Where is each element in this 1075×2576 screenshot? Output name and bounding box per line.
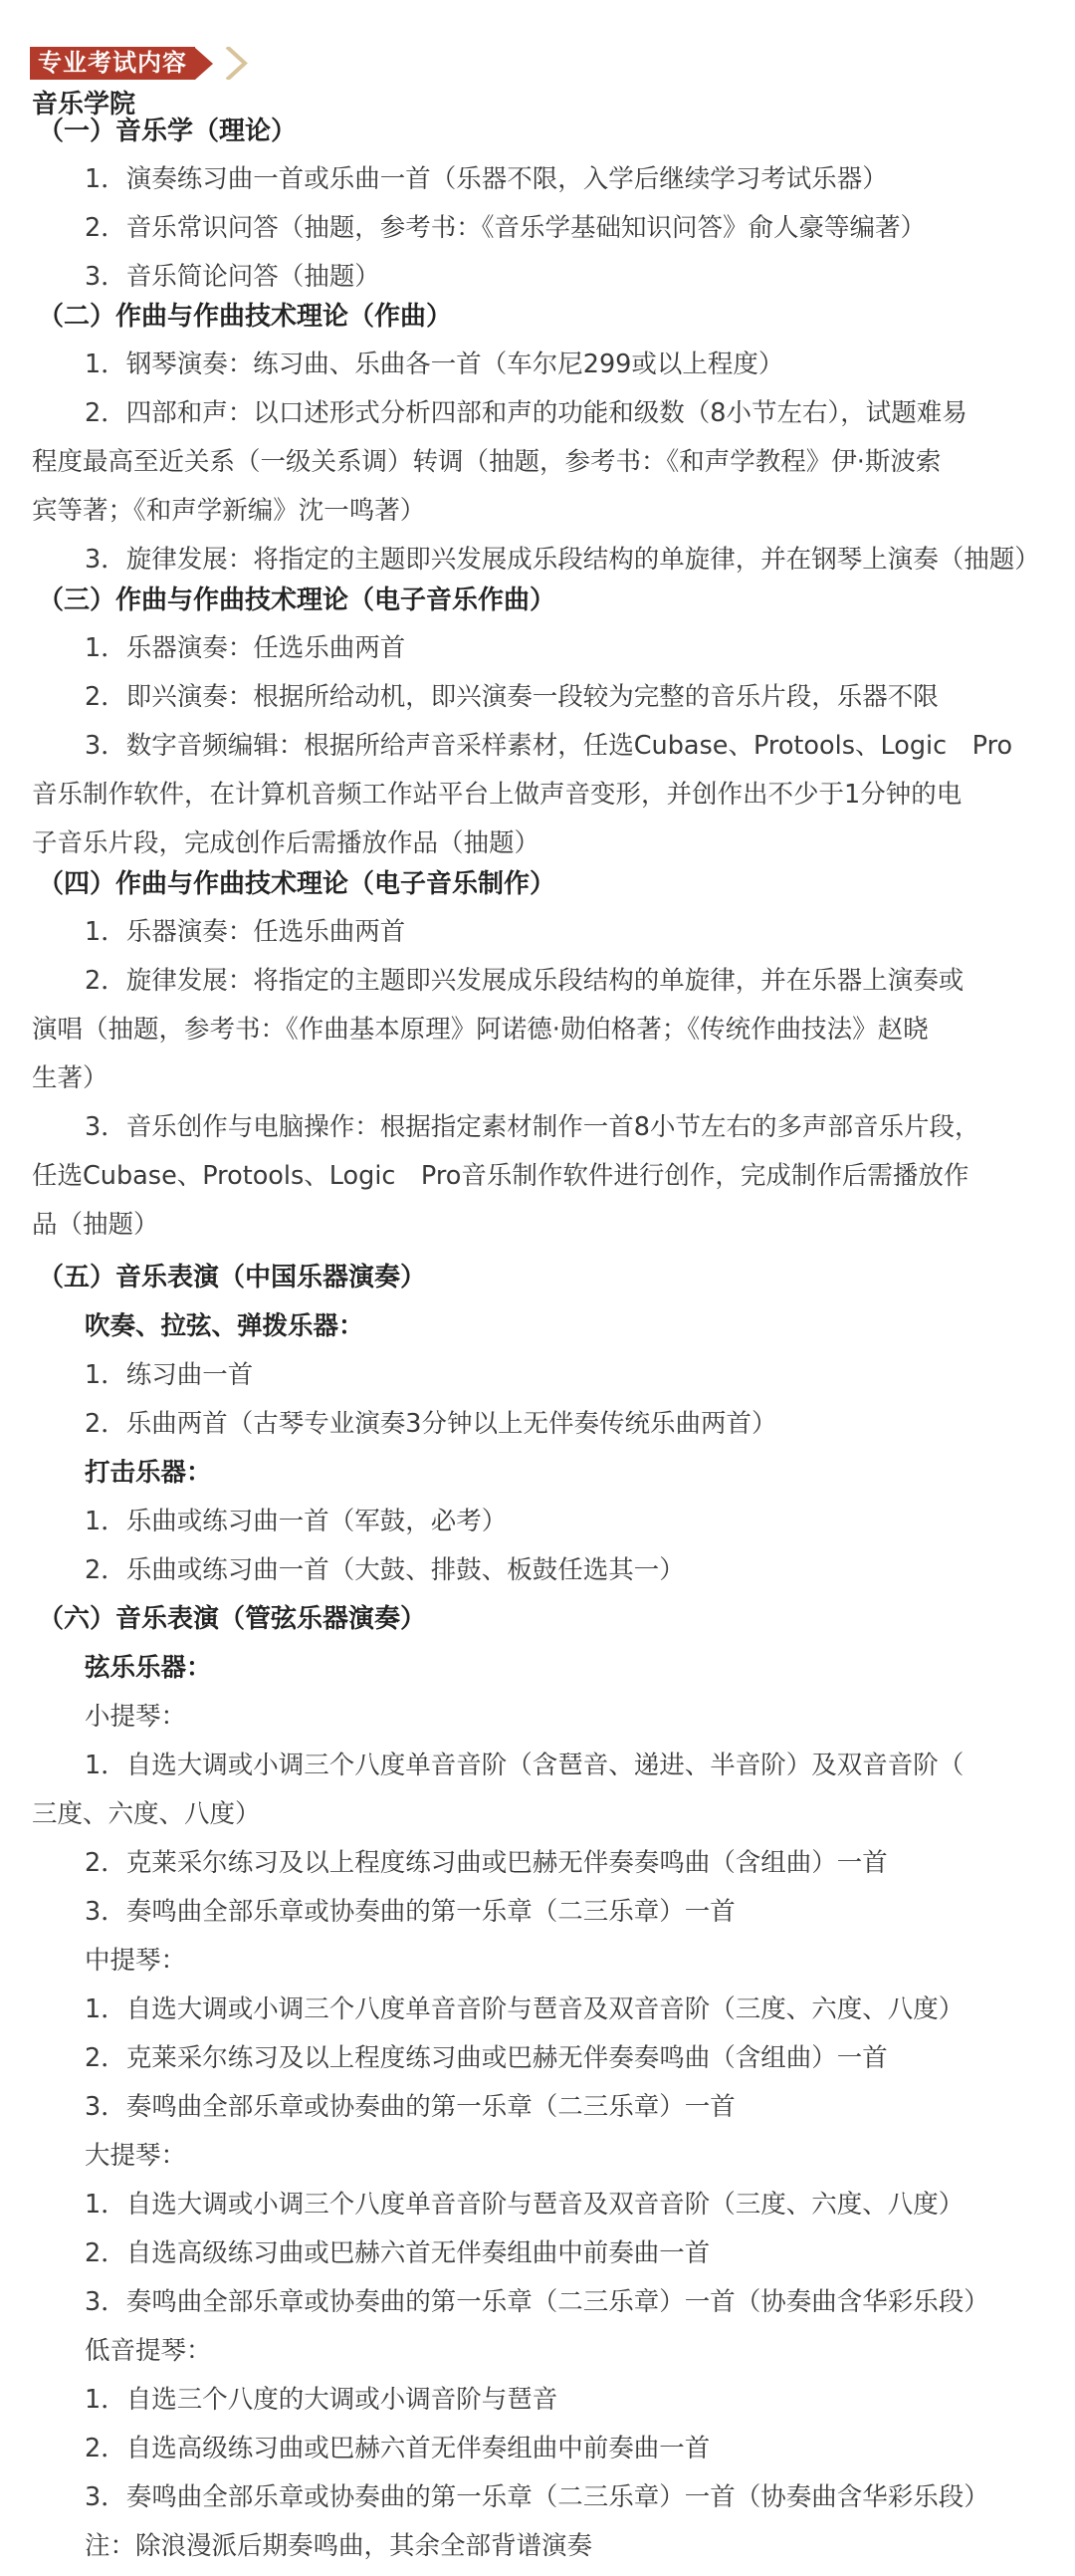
paragraph-line: 2．乐曲或练习曲一首（大鼓、排鼓、板鼓任选其一）	[85, 1553, 1075, 1587]
section-badge-label: 专业考试内容	[30, 47, 195, 80]
paragraph-line: 宾等著；《和声学新编》沈一鸣著）	[32, 494, 1075, 528]
subsection-heading: 弦乐乐器：	[85, 1651, 1075, 1685]
paragraph-line: 1．练习曲一首	[85, 1358, 1075, 1392]
paragraph-line: 2．自选高级练习曲或巴赫六首无伴奏组曲中前奏曲一首	[85, 2432, 1075, 2465]
paragraph-line: 子音乐片段，完成创作后需播放作品（抽题）	[32, 826, 1075, 860]
paragraph-line: 3．音乐创作与电脑操作：根据指定素材制作一首8小节左右的多声部音乐片段，	[85, 1110, 1075, 1144]
paragraph-line: 小提琴：	[85, 1700, 1075, 1734]
paragraph-line: 1．乐器演奏：任选乐曲两首	[85, 631, 1075, 665]
paragraph-line: 品（抽题）	[32, 1208, 1075, 1242]
paragraph-line: 生著）	[32, 1061, 1075, 1095]
paragraph-line: 3．奏鸣曲全部乐章或协奏曲的第一乐章（二三乐章）一首（协奏曲含华彩乐段）	[85, 2285, 1075, 2319]
paragraph-line: 2．乐曲两首（古琴专业演奏3分钟以上无伴奏传统乐曲两首）	[85, 1407, 1075, 1441]
paragraph-line: 1．乐曲或练习曲一首（军鼓，必考）	[85, 1505, 1075, 1538]
paragraph-line: 2．自选高级练习曲或巴赫六首无伴奏组曲中前奏曲一首	[85, 2236, 1075, 2270]
paragraph-line: 2．克莱采尔练习及以上程度练习曲或巴赫无伴奏奏鸣曲（含组曲）一首	[85, 1846, 1075, 1880]
paragraph-line: 三度、六度、八度）	[32, 1797, 1075, 1831]
paragraph-line: 1．钢琴演奏：练习曲、乐曲各一首（车尔尼299或以上程度）	[85, 348, 1075, 381]
section-heading: （五）音乐表演（中国乐器演奏）	[38, 1261, 1075, 1294]
paragraph-line: 1．自选大调或小调三个八度单音音阶（含琶音、递进、半音阶）及双音音阶（	[85, 1749, 1075, 1782]
paragraph-line: 1．乐器演奏：任选乐曲两首	[85, 915, 1075, 949]
subsection-heading: 打击乐器：	[85, 1456, 1075, 1490]
paragraph-line: 2．克莱采尔练习及以上程度练习曲或巴赫无伴奏奏鸣曲（含组曲）一首	[85, 2041, 1075, 2075]
paragraph-line: 3．旋律发展：将指定的主题即兴发展成乐段结构的单旋律，并在钢琴上演奏（抽题）	[85, 543, 1075, 577]
paragraph-line: 低音提琴：	[85, 2334, 1075, 2368]
paragraph-line: 任选Cubase、Protools、Logic Pro音乐制作软件进行创作，完成…	[32, 1159, 1075, 1193]
badge-arrow-icon	[195, 48, 213, 80]
paragraph-line: 2．旋律发展：将指定的主题即兴发展成乐段结构的单旋律，并在乐器上演奏或	[85, 964, 1075, 998]
subsection-heading: 吹奏、拉弦、弹拨乐器：	[85, 1309, 1075, 1343]
paragraph-line: 1．自选三个八度的大调或小调音阶与琶音	[85, 2383, 1075, 2417]
paragraph-line: 3．奏鸣曲全部乐章或协奏曲的第一乐章（二三乐章）一首	[85, 1895, 1075, 1929]
section-heading: （三）作曲与作曲技术理论（电子音乐作曲）	[38, 584, 1075, 617]
paragraph-line: 1．演奏练习曲一首或乐曲一首（乐器不限，入学后继续学习考试乐器）	[85, 162, 1075, 196]
section-heading: （四）作曲与作曲技术理论（电子音乐制作）	[38, 867, 1075, 901]
section-badge: 专业考试内容	[30, 47, 213, 80]
paragraph-line: 3．奏鸣曲全部乐章或协奏曲的第一乐章（二三乐章）一首（协奏曲含华彩乐段）	[85, 2480, 1075, 2514]
paragraph-line: 1．自选大调或小调三个八度单音音阶与琶音及双音音阶（三度、六度、八度）	[85, 2188, 1075, 2222]
paragraph-line: 注：除浪漫派后期奏鸣曲，其余全部背谱演奏	[85, 2529, 1075, 2563]
chevron-right-icon	[223, 47, 249, 80]
section-heading: （二）作曲与作曲技术理论（作曲）	[38, 300, 1075, 334]
paragraph-line: 程度最高至近关系（一级关系调）转调（抽题，参考书：《和声学教程》伊·斯波索	[32, 445, 1075, 479]
paragraph-line: 演唱（抽题，参考书：《作曲基本原理》阿诺德·勋伯格著；《传统作曲技法》赵晓	[32, 1013, 1075, 1047]
paragraph-line: 1．自选大调或小调三个八度单音音阶与琶音及双音音阶（三度、六度、八度）	[85, 1992, 1075, 2026]
paragraph-line: 3．音乐简论问答（抽题）	[85, 260, 1075, 294]
paragraph-line: 2．四部和声：以口述形式分析四部和声的功能和级数（8小节左右），试题难易	[85, 396, 1075, 430]
paragraph-line: 大提琴：	[85, 2139, 1075, 2173]
paragraph-line: 3．数字音频编辑：根据所给声音采样素材，任选Cubase、Protools、Lo…	[85, 729, 1075, 763]
paragraph-line: 2．即兴演奏：根据所给动机，即兴演奏一段较为完整的音乐片段，乐器不限	[85, 680, 1075, 714]
paragraph-line: 音乐制作软件，在计算机音频工作站平台上做声音变形，并创作出不少于1分钟的电	[32, 778, 1075, 812]
paragraph-line: 中提琴：	[85, 1944, 1075, 1978]
section-heading: （一）音乐学（理论）	[38, 115, 1075, 148]
paragraph-line: 2．音乐常识问答（抽题，参考书：《音乐学基础知识问答》俞人豪等编著）	[85, 211, 1075, 245]
paragraph-line: 3．奏鸣曲全部乐章或协奏曲的第一乐章（二三乐章）一首	[85, 2090, 1075, 2124]
section-heading: （六）音乐表演（管弦乐器演奏）	[38, 1602, 1075, 1636]
